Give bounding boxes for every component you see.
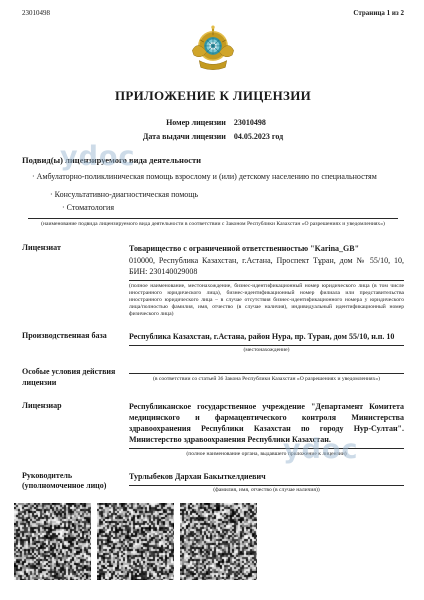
license-number-value: 23010498 <box>234 118 283 127</box>
special-conditions-value-block: (в соответствии со статьей 36 Закона Рес… <box>129 367 404 388</box>
license-number-label: Номер лицензии <box>143 118 226 127</box>
emblem-container <box>22 24 404 79</box>
production-base-footnote: (местонахождение) <box>129 345 404 355</box>
qr-code-row <box>14 503 257 580</box>
head-person-footnote: (фамилия, имя, отчество (в случае наличи… <box>129 485 404 495</box>
license-meta: Номер лицензии 23010498 Дата выдачи лице… <box>143 118 283 141</box>
production-base-row: Производственная база Республика Казахст… <box>22 331 404 355</box>
qr-code <box>14 503 91 580</box>
special-conditions-footnote: (в соответствии со статьей 36 Закона Рес… <box>129 373 404 383</box>
licensor-label: Лицензиар <box>22 401 122 458</box>
document-content: 23010498 Страница 1 из 2 <box>22 0 404 494</box>
head-person-row: Руководитель (уполномоченное лицо) Турлы… <box>22 471 404 495</box>
production-base-value: Республика Казахстан, г.Астана, район Ну… <box>129 331 404 342</box>
production-base-value-block: Республика Казахстан, г.Астана, район Ну… <box>129 331 404 355</box>
special-conditions-label: Особые условия действия лицензии <box>22 367 122 388</box>
special-conditions-row: Особые условия действия лицензии (в соот… <box>22 367 404 388</box>
licensor-value-block: Республиканское государственное учрежден… <box>129 401 404 458</box>
licensee-name: Товарищество с ограниченной ответственно… <box>129 243 404 254</box>
subtype-item: · Стоматология <box>62 203 404 212</box>
document-title: ПРИЛОЖЕНИЕ К ЛИЦЕНЗИИ <box>22 88 404 104</box>
licensor-row: Лицензиар Республиканское государственно… <box>22 401 404 458</box>
licensee-address: 010000, Республика Казахстан, г.Астана, … <box>129 256 404 277</box>
licensee-label: Лицензиат <box>22 243 122 318</box>
head-person-name: Турлыбеков Дархан Бакыткелдиевич <box>129 471 404 482</box>
licensee-footnote: (полное наименование, местонахождение, б… <box>129 280 404 318</box>
page-indicator: Страница 1 из 2 <box>353 9 404 17</box>
head-person-value-block: Турлыбеков Дархан Бакыткелдиевич (фамили… <box>129 471 404 495</box>
license-date-value: 04.05.2023 год <box>234 132 283 141</box>
subtype-item: · Амбулаторно-поликлиническая помощь взр… <box>32 172 404 181</box>
qr-code <box>180 503 257 580</box>
licensee-value-block: Товарищество с ограниченной ответственно… <box>129 243 404 318</box>
subtypes-heading: Подвид(ы) лицензируемого вида деятельнос… <box>22 155 404 165</box>
subtypes-divider <box>28 218 398 219</box>
page-header: 23010498 Страница 1 из 2 <box>22 0 404 17</box>
head-person-label: Руководитель (уполномоченное лицо) <box>22 471 122 495</box>
header-doc-number: 23010498 <box>22 9 50 17</box>
qr-code <box>97 503 174 580</box>
production-base-label: Производственная база <box>22 331 122 355</box>
kazakhstan-coat-of-arms-icon <box>190 24 236 79</box>
licensor-value: Республиканское государственное учрежден… <box>129 401 404 445</box>
subtype-item: · Консультативно-диагностическая помощь <box>50 190 404 199</box>
subtypes-footnote: (наименование подвида лицензируемого вид… <box>40 221 386 228</box>
licensor-footnote: (полное наименование органа, выдавшего п… <box>129 448 404 458</box>
license-appendix-document: 23010498 Страница 1 из 2 <box>0 0 424 600</box>
licensee-row: Лицензиат Товарищество с ограниченной от… <box>22 243 404 318</box>
license-date-label: Дата выдачи лицензии <box>143 132 226 141</box>
